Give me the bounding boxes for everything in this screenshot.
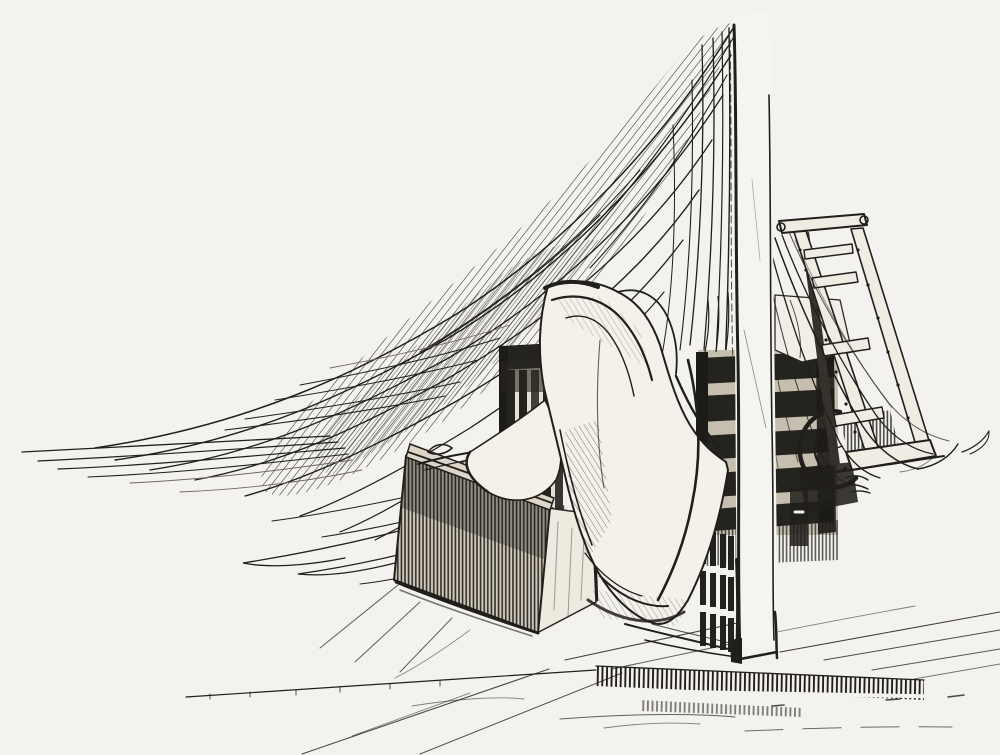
illustration-page bbox=[0, 0, 1000, 755]
illustration-figure bbox=[0, 0, 1000, 755]
illustration-canvas bbox=[0, 0, 1000, 755]
